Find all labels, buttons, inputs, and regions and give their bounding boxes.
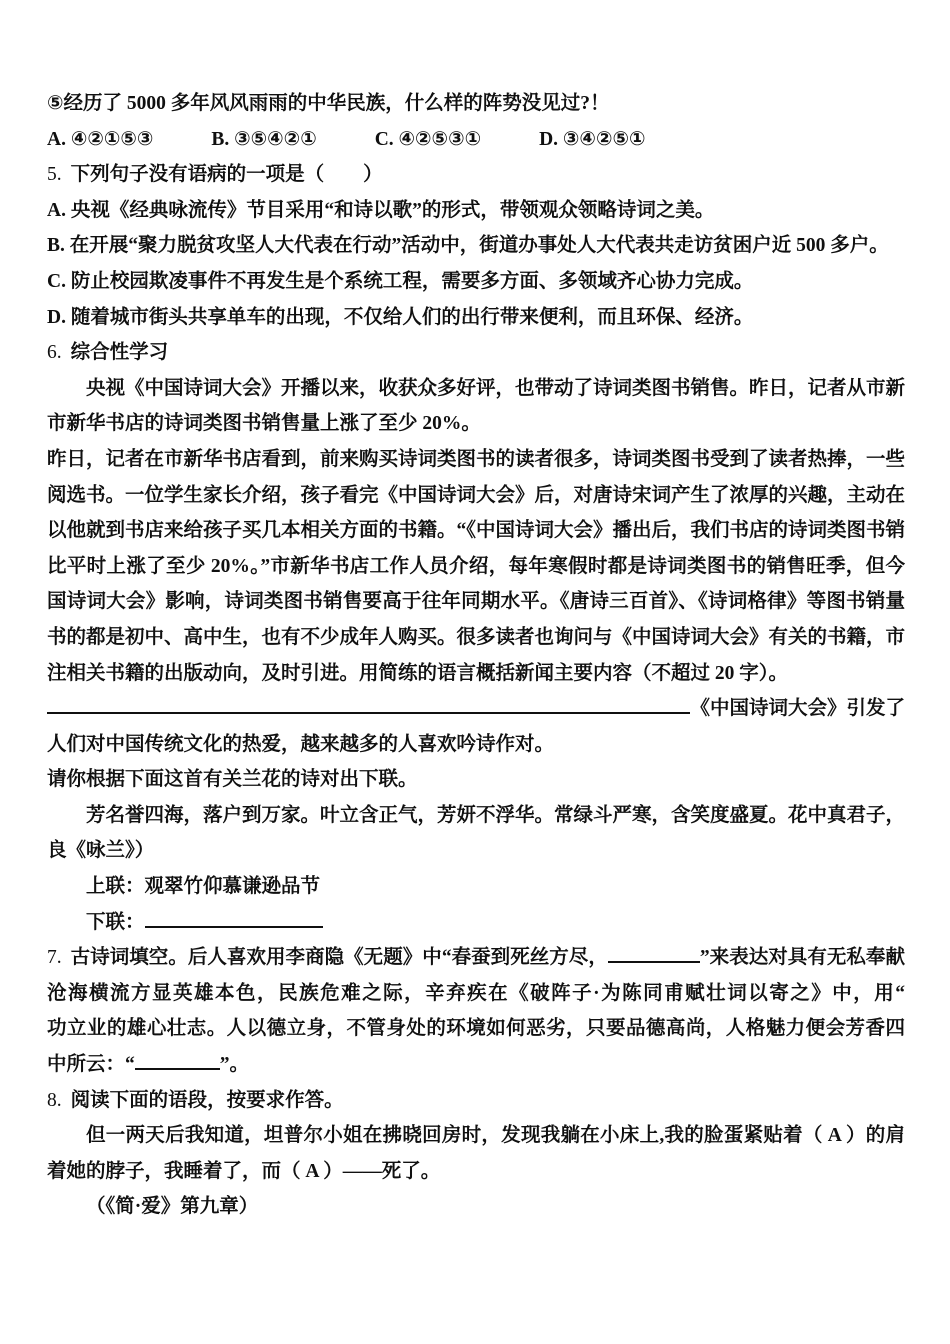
q6-para1-line1: 央视《中国诗词大会》开播以来，收获众多好评，也带动了诗词类图书销售。昨日，记者从…	[47, 371, 905, 407]
answer-blank	[145, 909, 323, 928]
q6-couplet-lower: 下联：	[47, 905, 905, 941]
text-run: C. ④②⑤③①	[375, 129, 481, 150]
text-run: 中所云：“	[47, 1054, 135, 1075]
q6-para2-line3: 以他就到书店来给孩子买几本相关方面的书籍。“《中国诗词大会》播出后，我们书店的诗…	[47, 513, 905, 549]
q5-option-a: A. 央视《经典咏流传》节目采用“和诗以歌”的形式，带领观众领略诗词之美。	[47, 193, 905, 229]
q7-line4: 中所云：“”。	[47, 1047, 905, 1083]
text-run: 市新华书店的诗词类图书销售量上涨了至少 20%。	[47, 413, 481, 434]
q6-para2-line6: 书的都是初中、高中生，也有不少成年人购买。很多读者也询问与《中国诗词大会》有关的…	[47, 620, 905, 656]
text-run: A. ④②①⑤③	[47, 129, 153, 150]
q8-passage-line1: 但一两天后我知道，坦普尔小姐在拂晓回房时，发现我躺在小床上,我的脸蛋紧贴着（ A…	[47, 1118, 905, 1154]
text-run: D. 随着城市街头共享单车的出现，不仅给人们的出行带来便利，而且环保、经济。	[47, 307, 753, 328]
text-run: ⑤经历了 5000 多年风风雨雨的中华民族，什么样的阵势没见过?！	[47, 93, 610, 114]
text-run: 综合性学习	[71, 342, 169, 363]
question-number: 5.	[47, 164, 62, 185]
q8-stem: 8.阅读下面的语段，按要求作答。	[47, 1083, 905, 1119]
q8-passage-line2: 着她的脖子，我睡着了，而（ A ）——死了。	[47, 1154, 905, 1190]
text-run: 功立业的雄心壮志。人以德立身，不管身处的环境如何恶劣，只要品德高尚，人格魅力便会…	[47, 1018, 905, 1047]
text-run: 比平时上涨了至少 20%。”市新华书店工作人员介绍，每年寒假时都是诗词类图书的销…	[47, 556, 905, 585]
q7-line3: 功立业的雄心壮志。人以德立身，不管身处的环境如何恶劣，只要品德高尚，人格魅力便会…	[47, 1011, 905, 1047]
question-number: 6.	[47, 342, 62, 363]
text-run: C. 防止校园欺凌事件不再发生是个系统工程，需要多方面、多领域齐心协力完成。	[47, 271, 753, 292]
text-run: 注相关书籍的出版动向，及时引进。用简练的语言概括新闻主要内容（不超过 20 字）…	[47, 663, 788, 684]
q6-para2-line1: 昨日，记者在市新华书店看到，前来购买诗词类图书的读者很多，诗词类图书受到了读者热…	[47, 442, 905, 478]
text-run: 下联：	[86, 912, 145, 933]
q6-couplet-instruction: 请你根据下面这首有关兰花的诗对出下联。	[47, 762, 905, 798]
q5-option-b: B. 在开展“聚力脱贫攻坚人大代表在行动”活动中，街道办事处人大代表共走访贫困户…	[47, 228, 905, 264]
q6-para1-line2: 市新华书店的诗词类图书销售量上涨了至少 20%。	[47, 406, 905, 442]
text-run: ”。	[220, 1054, 249, 1075]
item5-sentence: ⑤经历了 5000 多年风风雨雨的中华民族，什么样的阵势没见过?！	[47, 86, 905, 122]
answer-blank	[608, 945, 700, 964]
text-run: 国诗词大会》影响，诗词类图书销售要高于往年同期水平。《唐诗三百首》、《诗词格律》…	[47, 591, 905, 620]
text-run: 《中国诗词大会》引发了	[690, 691, 905, 727]
exam-page: ⑤经历了 5000 多年风风雨雨的中华民族，什么样的阵势没见过?！A. ④②①⑤…	[0, 0, 950, 1344]
q6-stem: 6.综合性学习	[47, 335, 905, 371]
text-run: 良《咏兰》）	[47, 840, 154, 861]
text-run: 书的都是初中、高中生，也有不少成年人购买。很多读者也询问与《中国诗词大会》有关的…	[47, 627, 905, 656]
q6-couplet-upper: 上联：观翠竹仰慕谦逊品节	[47, 869, 905, 905]
text-run: A. 央视《经典咏流传》节目采用“和诗以歌”的形式，带领观众领略诗词之美。	[47, 200, 714, 221]
q5-stem: 5.下列句子没有语病的一项是（ ）	[47, 157, 905, 193]
question-number: 8.	[47, 1090, 62, 1111]
question-number: 7.	[47, 947, 62, 968]
text-run: 上联：观翠竹仰慕谦逊品节	[86, 876, 320, 897]
exam-content: ⑤经历了 5000 多年风风雨雨的中华民族，什么样的阵势没见过?！A. ④②①⑤…	[47, 86, 905, 1225]
text-run: 沧海横流方显英雄本色，民族危难之际，辛弃疾在《破阵子·为陈同甫赋壮词以寄之》中，…	[47, 983, 905, 1004]
text-run: B. ③⑤④②①	[211, 129, 316, 150]
text-run: 昨日，记者在市新华书店看到，前来购买诗词类图书的读者很多，诗词类图书受到了读者热…	[47, 449, 905, 478]
text-run: 阅读下面的语段，按要求作答。	[71, 1090, 344, 1111]
text-run: 下列句子没有语病的一项是（ ）	[71, 164, 383, 185]
q6-para2-line7: 注相关书籍的出版动向，及时引进。用简练的语言概括新闻主要内容（不超过 20 字）…	[47, 656, 905, 692]
q6-answer-blank-line: 《中国诗词大会》引发了	[47, 691, 905, 727]
text-run: 人们对中国传统文化的热爱，越来越多的人喜欢吟诗作对。	[47, 734, 554, 755]
text-run: B. 在开展“聚力脱贫攻坚人大代表在行动”活动中，街道办事处人大代表共走访贫困户…	[47, 235, 889, 256]
q6-para2-line2: 阅选书。一位学生家长介绍，孩子看完《中国诗词大会》后，对唐诗宋词产生了浓厚的兴趣…	[47, 478, 905, 514]
q6-para2-line5: 国诗词大会》影响，诗词类图书销售要高于往年同期水平。《唐诗三百首》、《诗词格律》…	[47, 584, 905, 620]
q6-followup-line: 人们对中国传统文化的热爱，越来越多的人喜欢吟诗作对。	[47, 727, 905, 763]
text-run: 着她的脖子，我睡着了，而（ A ）——死了。	[47, 1161, 440, 1182]
text-run: D. ③④②⑤①	[539, 129, 645, 150]
text-run: 芳名誉四海，落户到万家。叶立含正气，芳妍不浮华。常绿斗严寒，含笑度盛夏。花中真君…	[86, 805, 905, 834]
q5-option-c: C. 防止校园欺凌事件不再发生是个系统工程，需要多方面、多领域齐心协力完成。	[47, 264, 905, 300]
text-run: 但一两天后我知道，坦普尔小姐在拂晓回房时，发现我躺在小床上,我的脸蛋紧贴着（ A…	[86, 1125, 905, 1154]
text-run: （《简·爱》第九章）	[86, 1196, 258, 1217]
text-run: 以他就到书店来给孩子买几本相关方面的书籍。“《中国诗词大会》播出后，我们书店的诗…	[47, 520, 905, 549]
q8-source: （《简·爱》第九章）	[47, 1189, 905, 1225]
q5-option-d: D. 随着城市街头共享单车的出现，不仅给人们的出行带来便利，而且环保、经济。	[47, 300, 905, 336]
answer-blank	[135, 1051, 220, 1070]
text-run: 请你根据下面这首有关兰花的诗对出下联。	[47, 769, 418, 790]
q7-line2: 沧海横流方显英雄本色，民族危难之际，辛弃疾在《破阵子·为陈同甫赋壮词以寄之》中，…	[47, 976, 905, 1012]
q6-para2-line4: 比平时上涨了至少 20%。”市新华书店工作人员介绍，每年寒假时都是诗词类图书的销…	[47, 549, 905, 585]
text-run: 古诗词填空。后人喜欢用李商隐《无题》中“春蚕到死丝方尽，	[71, 947, 608, 968]
text-run: 央视《中国诗词大会》开播以来，收获众多好评，也带动了诗词类图书销售。昨日，记者从…	[86, 378, 905, 407]
answer-blank	[47, 696, 690, 715]
q6-poem-line1: 芳名誉四海，落户到万家。叶立含正气，芳妍不浮华。常绿斗严寒，含笑度盛夏。花中真君…	[47, 798, 905, 834]
q6-poem-line2: 良《咏兰》）	[47, 833, 905, 869]
q4-options-row: A. ④②①⑤③B. ③⑤④②①C. ④②⑤③①D. ③④②⑤①	[47, 122, 905, 158]
text-run: 阅选书。一位学生家长介绍，孩子看完《中国诗词大会》后，对唐诗宋词产生了浓厚的兴趣…	[47, 485, 905, 514]
q7-line1: 7.古诗词填空。后人喜欢用李商隐《无题》中“春蚕到死丝方尽，”来表达对具有无私奉…	[47, 940, 905, 976]
